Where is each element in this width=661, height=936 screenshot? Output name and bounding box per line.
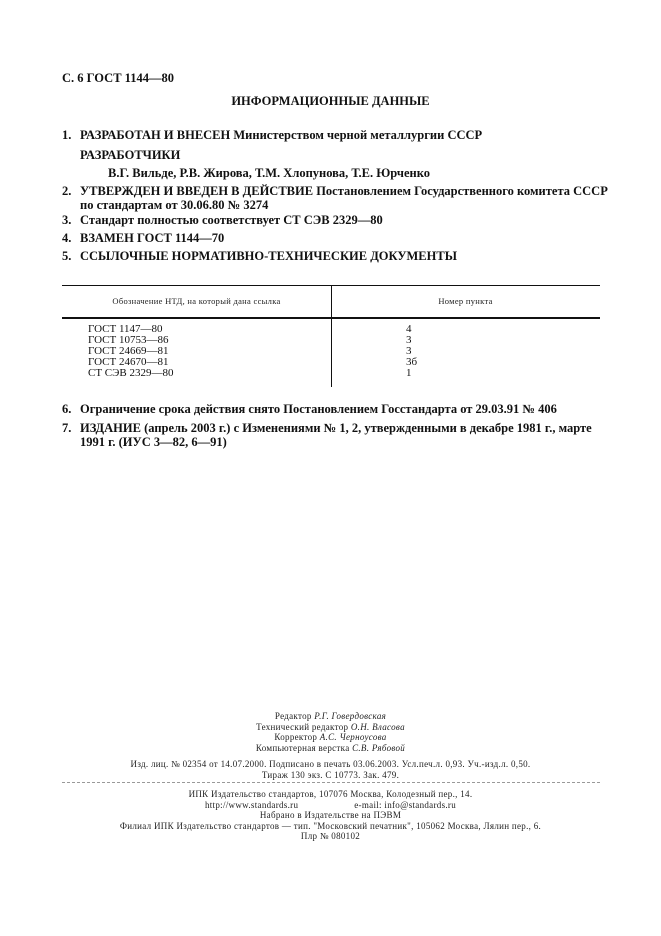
- info-item-7: 7. ИЗДАНИЕ (апрель 2003 г.) с Изменениям…: [62, 421, 602, 449]
- publisher-website-link[interactable]: http://www.standards.ru: [205, 800, 298, 811]
- table-column-documents: ГОСТ 1147—80 ГОСТ 10753—86 ГОСТ 24669—81…: [88, 324, 174, 379]
- item-number: 5.: [62, 249, 71, 263]
- table-column-clauses: 4 3 3 3б 1: [406, 324, 417, 379]
- divider: [62, 782, 600, 783]
- publisher-typeset: Набрано в Издательстве на ПЭВМ: [0, 810, 661, 821]
- item-text: (апрель 2003 г.) с Изменениями № 1, 2, у…: [80, 421, 592, 449]
- credit-role: Редактор: [275, 711, 312, 721]
- table-cell-clause: 1: [406, 368, 417, 379]
- publisher-block: ИПК Издательство стандартов, 107076 Моск…: [0, 789, 661, 842]
- publisher-branch: Филиал ИПК Издательство стандартов — тип…: [0, 821, 661, 832]
- developers-label: РАЗРАБОТЧИКИ: [80, 148, 180, 163]
- item-number: 7.: [62, 421, 71, 435]
- credit-proofreader: Корректор А.С. Черноусова: [0, 732, 661, 743]
- credit-layout: Компьютерная верстка С.В. Рябовой: [0, 743, 661, 754]
- item-lead: ССЫЛОЧНЫЕ НОРМАТИВНО-ТЕХНИЧЕСКИЕ ДОКУМЕН…: [80, 249, 457, 263]
- item-text: Стандарт полностью соответствует СТ СЭВ …: [80, 213, 383, 227]
- publication-line: Изд. лиц. № 02354 от 14.07.2000. Подписа…: [0, 759, 661, 770]
- publication-line: Тираж 130 экз. С 10773. Зак. 479.: [0, 770, 661, 781]
- credit-role: Компьютерная верстка: [256, 743, 350, 753]
- credit-role: Корректор: [274, 732, 317, 742]
- credit-name: А.С. Черноусова: [320, 732, 387, 742]
- info-item-2: 2. УТВЕРЖДЕН И ВВЕДЕН В ДЕЙСТВИЕ Постано…: [62, 184, 608, 212]
- publisher-contacts: http://www.standards.rue-mail: info@stan…: [0, 800, 661, 811]
- item-text: Ограничение срока действия снято Постано…: [80, 402, 557, 416]
- item-number: 1.: [62, 128, 71, 142]
- page-header: С. 6 ГОСТ 1144—80: [62, 71, 174, 86]
- item-text: Министерством черной металлургии СССР: [233, 128, 482, 142]
- item-number: 4.: [62, 231, 71, 245]
- publication-info: Изд. лиц. № 02354 от 14.07.2000. Подписа…: [0, 759, 661, 780]
- item-lead: ВЗАМЕН ГОСТ 1144—70: [80, 231, 224, 245]
- info-item-1: 1. РАЗРАБОТАН И ВНЕСЕН Министерством чер…: [62, 128, 608, 142]
- credits-block: Редактор Р.Г. Говердовская Технический р…: [0, 711, 661, 753]
- info-item-6: 6. Ограничение срока действия снято Пост…: [62, 402, 608, 416]
- item-number: 3.: [62, 213, 71, 227]
- section-title: ИНФОРМАЦИОННЫЕ ДАННЫЕ: [0, 94, 661, 109]
- item-lead: ИЗДАНИЕ: [80, 421, 141, 435]
- item-lead: РАЗРАБОТАН И ВНЕСЕН: [80, 128, 230, 142]
- credit-name: О.Н. Власова: [351, 722, 405, 732]
- publisher-address: ИПК Издательство стандартов, 107076 Моск…: [0, 789, 661, 800]
- item-number: 6.: [62, 402, 71, 416]
- credit-name: Р.Г. Говердовская: [314, 711, 386, 721]
- credit-editor: Редактор Р.Г. Говердовская: [0, 711, 661, 722]
- info-item-4: 4. ВЗАМЕН ГОСТ 1144—70: [62, 231, 608, 245]
- info-item-5: 5. ССЫЛОЧНЫЕ НОРМАТИВНО-ТЕХНИЧЕСКИЕ ДОКУ…: [62, 249, 608, 263]
- table-cell-doc: СТ СЭВ 2329—80: [88, 368, 174, 379]
- credit-name: С.В. Рябовой: [352, 743, 405, 753]
- item-number: 2.: [62, 184, 71, 198]
- developers-list: В.Г. Вильде, Р.В. Жирова, Т.М. Хлопунова…: [108, 166, 430, 181]
- table-header-document: Обозначение НТД, на который дана ссылка: [62, 296, 331, 306]
- item-lead: УТВЕРЖДЕН И ВВЕДЕН В ДЕЙСТВИЕ: [80, 184, 313, 198]
- table-header-clause: Номер пункта: [331, 296, 600, 306]
- credit-tech-editor: Технический редактор О.Н. Власова: [0, 722, 661, 733]
- credit-role: Технический редактор: [256, 722, 348, 732]
- info-item-3: 3. Стандарт полностью соответствует СТ С…: [62, 213, 608, 227]
- publisher-email-link[interactable]: e-mail: info@standards.ru: [354, 800, 456, 811]
- publisher-license: Плр № 080102: [0, 831, 661, 842]
